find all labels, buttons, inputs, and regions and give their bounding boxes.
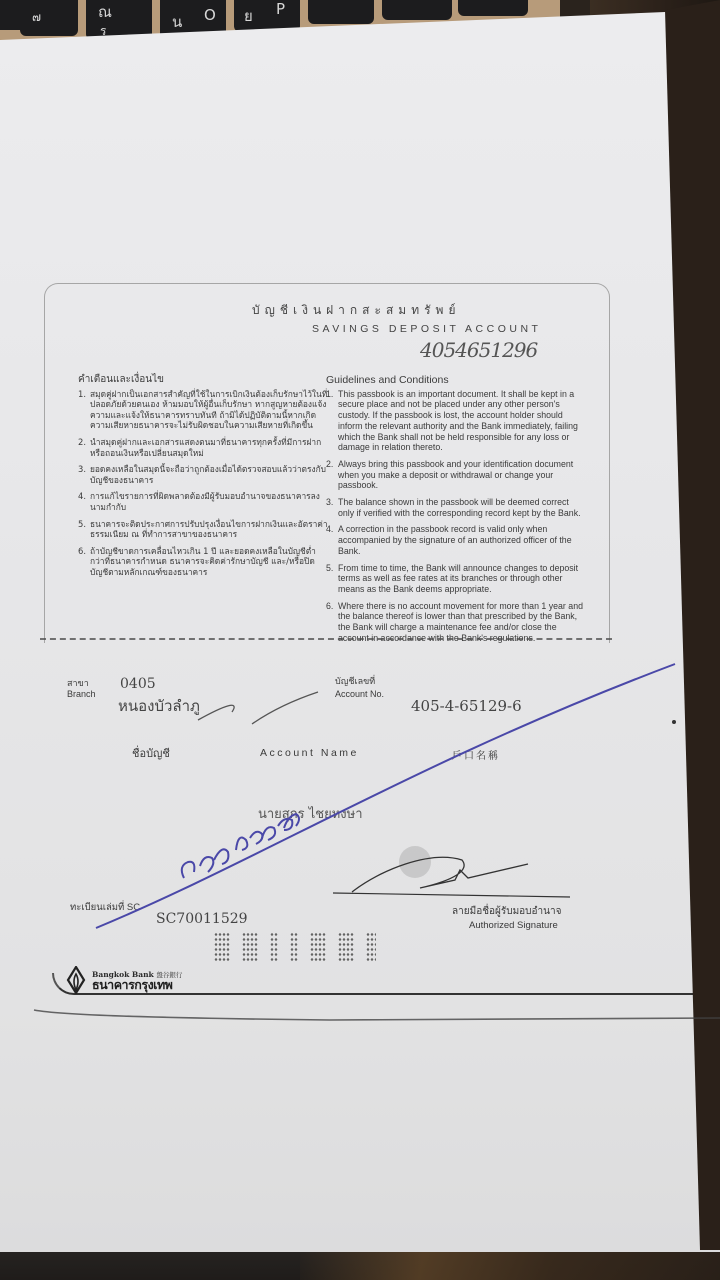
dot-matrix-char <box>290 932 298 962</box>
condition-item: 3.The balance shown in the passbook will… <box>326 497 586 518</box>
dot-matrix-char <box>366 932 376 962</box>
account-no-label-th: บัญชีเลขที่ <box>335 674 375 688</box>
account-name-label-cn: 戶口名稱 <box>452 747 500 762</box>
keyboard-key: ณร <box>86 0 152 40</box>
branch-label-en: Branch <box>67 689 96 699</box>
register-label: ทะเบียนเล่มที่ SC <box>70 900 140 915</box>
dot-matrix-char <box>214 932 230 962</box>
condition-item: 5.From time to time, the Bank will annou… <box>326 563 586 595</box>
condition-item: 4.A correction in the passbook record is… <box>326 524 586 556</box>
dot-matrix-char <box>338 932 354 962</box>
account-number: 405-4-65129-6 <box>411 697 522 715</box>
condition-item: 1.สมุดคู่ฝากเป็นเอกสารสำคัญที่ใช้ในการเบ… <box>78 389 328 431</box>
conditions-thai: คำเตือนและเงื่อนไข 1.สมุดคู่ฝากเป็นเอกสา… <box>78 375 328 584</box>
bank-name-th: ธนาคารกรุงเทพ <box>92 979 182 991</box>
keyboard-key <box>382 0 452 20</box>
account-no-label-en: Account No. <box>335 689 384 699</box>
condition-item: 5.ธนาคารจะติดประกาศการปรับปรุงเงื่อนไขกา… <box>78 519 328 540</box>
account-name-label-en: Account Name <box>260 747 359 759</box>
handwritten-account-number: 4054651296 <box>420 338 537 362</box>
branch-name: หนองบัวลำภู <box>118 694 200 718</box>
condition-item: 6.ถ้าบัญชีขาดการเคลื่อนไหวเกิน 1 ปี และย… <box>78 546 328 578</box>
branch-label-th: สาขา <box>67 676 89 690</box>
lotus-logo-icon <box>66 966 86 994</box>
keyboard-key <box>458 0 528 16</box>
conditions-english-heading: Guidelines and Conditions <box>326 375 586 386</box>
authorized-signature-label-th: ลายมือชื่อผู้รับมอบอำนาจ <box>452 904 561 919</box>
bangkok-bank-logo: Bangkok Bank 盤谷銀行 ธนาคารกรุงเทพ <box>66 966 182 994</box>
condition-item: 1.This passbook is an important document… <box>326 389 586 453</box>
condition-item: 2.Always bring this passbook and your id… <box>326 459 586 491</box>
conditions-english: Guidelines and Conditions 1.This passboo… <box>326 375 586 649</box>
register-number: SC70011529 <box>156 911 248 927</box>
conditions-thai-heading: คำเตือนและเงื่อนไข <box>78 375 328 386</box>
dot-matrix-char <box>270 932 278 962</box>
keyboard-key: ๗ <box>20 0 78 36</box>
branch-code: 0405 <box>120 676 156 692</box>
account-holder-name: นายสุกร ไชยหงษา <box>258 803 363 824</box>
dot-matrix-char <box>242 932 258 962</box>
title-thai: บัญชีเงินฝากสะสมทรัพย์ <box>252 301 461 320</box>
keyboard-key <box>308 0 374 24</box>
condition-item: 4.การแก้ไขรายการที่ผิดพลาดต้องมีผู้รับมอ… <box>78 491 328 512</box>
title-english: SAVINGS DEPOSIT ACCOUNT <box>312 323 541 335</box>
authorized-signature-label-en: Authorized Signature <box>469 920 558 931</box>
account-name-label-th: ชื่อบัญชี <box>132 744 170 762</box>
keyboard-key: ยP <box>234 0 300 32</box>
dot-matrix-char <box>310 932 326 962</box>
condition-item: 2.นำสมุดคู่ฝากและเอกสารแสดงตนมาที่ธนาคาร… <box>78 437 328 458</box>
dot-matrix-print <box>214 932 376 962</box>
condition-item: 3.ยอดคงเหลือในสมุดนี้จะถือว่าถูกต้องเมื่… <box>78 464 328 485</box>
perforation-line <box>40 638 612 644</box>
